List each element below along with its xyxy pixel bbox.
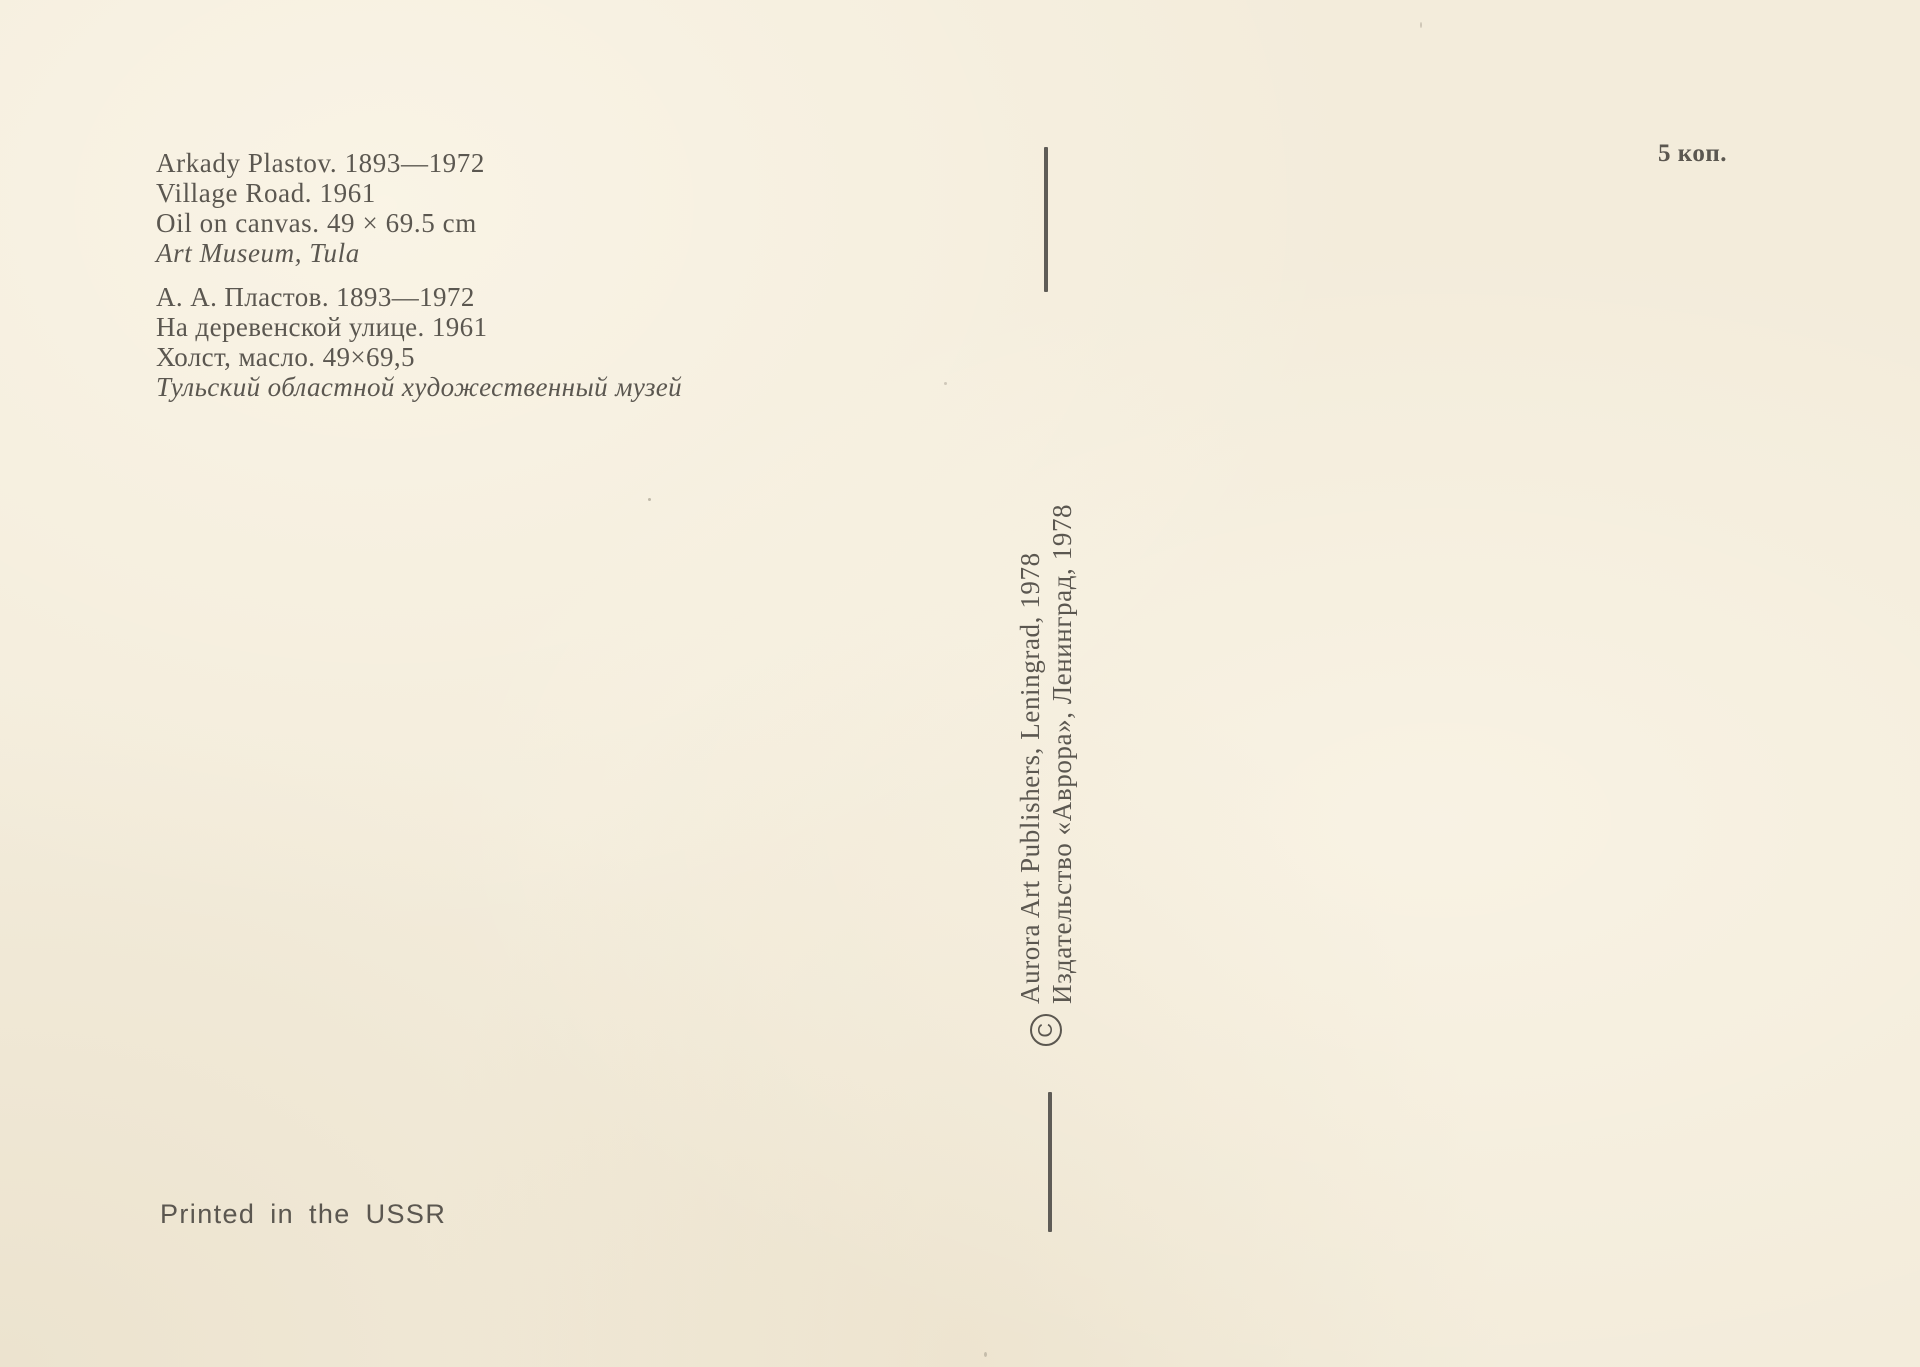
artist-name-ru: А. А. Пластов. 1893—1972: [156, 282, 682, 312]
price-label: 5 коп.: [1658, 140, 1727, 168]
museum-name-en: Art Museum, Tula: [156, 238, 485, 268]
artist-name-en: Arkady Plastov. 1893—1972: [156, 148, 485, 178]
caption-russian: А. А. Пластов. 1893—1972 На деревенской …: [156, 282, 682, 402]
paper-speck: [984, 1352, 987, 1357]
paper-speck: [944, 382, 947, 385]
museum-name-ru: Тульский областной художественный музей: [156, 372, 682, 402]
publisher-lines: Aurora Art Publishers, Leningrad, 1978 И…: [1014, 504, 1078, 1004]
postcard-back: Arkady Plastov. 1893—1972 Village Road. …: [0, 0, 1920, 1367]
artwork-title-ru: На деревенской улице. 1961: [156, 312, 682, 342]
copyright-icon: C: [1030, 1014, 1062, 1046]
publisher-imprint: C Aurora Art Publishers, Leningrad, 1978…: [1014, 504, 1078, 1046]
artwork-title-en: Village Road. 1961: [156, 178, 485, 208]
divider-line-bottom: [1048, 1092, 1052, 1232]
artwork-medium-ru: Холст, масло. 49×69,5: [156, 342, 682, 372]
divider-line-top: [1044, 147, 1048, 292]
paper-speck: [1420, 22, 1422, 28]
publisher-line-en: Aurora Art Publishers, Leningrad, 1978: [1014, 504, 1046, 1004]
printed-in-label: Printed in the USSR: [160, 1199, 446, 1230]
paper-speck: [648, 498, 651, 501]
publisher-line-ru: Издательство «Аврора», Ленинград, 1978: [1046, 504, 1078, 1004]
caption-english: Arkady Plastov. 1893—1972 Village Road. …: [156, 148, 485, 268]
artwork-medium-en: Oil on canvas. 49 × 69.5 cm: [156, 208, 485, 238]
